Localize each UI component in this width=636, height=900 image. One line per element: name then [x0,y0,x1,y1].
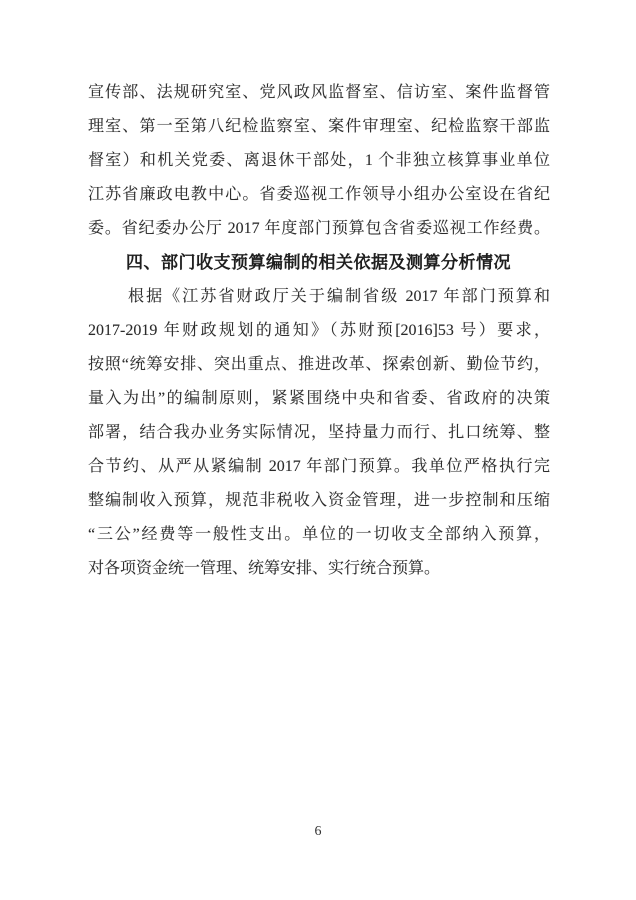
text-line: 理室、第一至第八纪检监察室、案件审理室、纪检监察干部监 [88,110,550,144]
text-line: 根据《江苏省财政厅关于编制省级 2017 年部门预算和 [88,280,550,314]
text-line: 按照“统筹安排、突出重点、推进改革、探索创新、勤俭节约， [88,348,550,382]
text-line: 2017-2019 年财政规划的通知》（苏财预[2016]53 号）要求， [88,314,550,348]
text-line: 整编制收入预算，规范非税收入资金管理，进一步控制和压缩 [88,484,550,518]
text-line: 部署，结合我办业务实际情况，坚持量力而行、扎口统筹、整 [88,416,550,450]
text-line: 合节约、从严从紧编制 2017 年部门预算。我单位严格执行完 [88,450,550,484]
text-line: 宣传部、法规研究室、党风政风监督室、信访室、案件监督管 [88,76,550,110]
text-line: “三公”经费等一般性支出。单位的一切收支全部纳入预算， [88,518,550,552]
text-line: 江苏省廉政电教中心。省委巡视工作领导小组办公室设在省纪 [88,178,550,212]
text-line: 量入为出”的编制原则，紧紧围绕中央和省委、省政府的决策 [88,382,550,416]
text-line: 督室）和机关党委、离退休干部处，1 个非独立核算事业单位 [88,144,550,178]
document-body: 宣传部、法规研究室、党风政风监督室、信访室、案件监督管理室、第一至第八纪检监察室… [88,76,550,586]
section-heading: 四、部门收支预算编制的相关依据及测算分析情况 [88,246,550,280]
text-line: 对各项资金统一管理、统筹安排、实行统合预算。 [88,552,550,586]
page-number: 6 [0,824,636,840]
document-page: 宣传部、法规研究室、党风政风监督室、信访室、案件监督管理室、第一至第八纪检监察室… [0,0,636,900]
text-line: 委。省纪委办公厅 2017 年度部门预算包含省委巡视工作经费。 [88,212,550,246]
